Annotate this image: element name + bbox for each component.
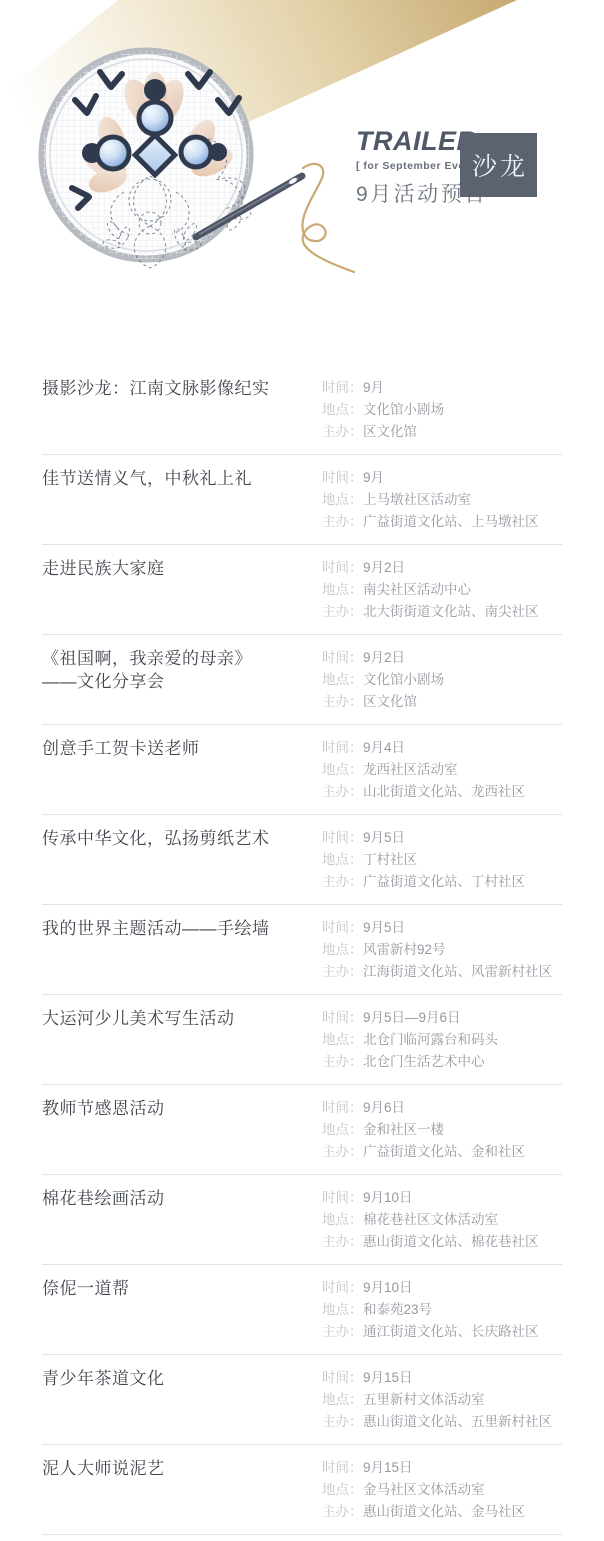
time-value: 9月2日	[363, 650, 405, 665]
time-label: 时间：	[322, 1457, 363, 1479]
event-row: 摄影沙龙：江南文脉影像纪实 时间：9月 地点：文化馆小剧场 主办：区文化馆	[42, 365, 562, 455]
time-line: 时间：9月10日	[322, 1187, 562, 1209]
time-value: 9月4日	[363, 740, 405, 755]
event-row: 教师节感恩活动 时间：9月6日 地点：金和社区一楼 主办：广益街道文化站、金和社…	[42, 1085, 562, 1175]
host-value: 区文化馆	[363, 424, 417, 439]
time-line: 时间：9月15日	[322, 1457, 562, 1479]
host-line: 主办：广益街道文化站、金和社区	[322, 1141, 562, 1163]
place-value: 文化馆小剧场	[363, 672, 444, 687]
event-row: 青少年茶道文化 时间：9月15日 地点：五里新村文体活动室 主办：惠山街道文化站…	[42, 1355, 562, 1445]
place-line: 地点：丁村社区	[322, 849, 562, 871]
event-details: 时间：9月 地点：上马墩社区活动室 主办：广益街道文化站、上马墩社区	[322, 467, 562, 533]
time-label: 时间：	[322, 917, 363, 939]
place-value: 和泰苑23号	[363, 1302, 432, 1317]
time-label: 时间：	[322, 647, 363, 669]
event-details: 时间：9月15日 地点：五里新村文体活动室 主办：惠山街道文化站、五里新村社区	[322, 1367, 562, 1433]
place-line: 地点：龙西社区活动室	[322, 759, 562, 781]
event-title: 佳节送情义气，中秋礼上礼	[42, 467, 314, 490]
event-details: 时间：9月5日—9月6日 地点：北仓门临河露台和码头 主办：北仓门生活艺术中心	[322, 1007, 562, 1073]
event-title: 教师节感恩活动	[42, 1097, 314, 1120]
host-value: 北仓门生活艺术中心	[363, 1054, 485, 1069]
event-details: 时间：9月6日 地点：金和社区一楼 主办：广益街道文化站、金和社区	[322, 1097, 562, 1163]
event-row: 佳节送情义气，中秋礼上礼 时间：9月 地点：上马墩社区活动室 主办：广益街道文化…	[42, 455, 562, 545]
time-value: 9月5日	[363, 830, 405, 845]
place-line: 地点：文化馆小剧场	[322, 399, 562, 421]
time-value: 9月6日	[363, 1100, 405, 1115]
host-label: 主办：	[322, 601, 363, 623]
embroidery-hoop-illustration	[20, 30, 380, 295]
host-label: 主办：	[322, 511, 363, 533]
host-value: 区文化馆	[363, 694, 417, 709]
host-value: 广益街道文化站、上马墩社区	[363, 514, 539, 529]
brand-title: TRAILER	[356, 127, 456, 155]
host-line: 主办：区文化馆	[322, 691, 562, 713]
place-value: 龙西社区活动室	[363, 762, 458, 777]
time-label: 时间：	[322, 827, 363, 849]
host-label: 主办：	[322, 691, 363, 713]
place-line: 地点：五里新村文体活动室	[322, 1389, 562, 1411]
host-value: 北大街街道文化站、南尖社区	[363, 604, 539, 619]
event-row: 倷伲一道帮 时间：9月10日 地点：和泰苑23号 主办：通江街道文化站、长庆路社…	[42, 1265, 562, 1355]
salon-badge: 沙龙	[460, 133, 537, 197]
place-value: 上马墩社区活动室	[363, 492, 471, 507]
place-value: 金马社区文体活动室	[363, 1482, 485, 1497]
time-line: 时间：9月	[322, 467, 562, 489]
time-value: 9月	[363, 470, 384, 485]
host-value: 惠山街道文化站、五里新村社区	[363, 1414, 552, 1429]
place-label: 地点：	[322, 669, 363, 691]
host-value: 广益街道文化站、金和社区	[363, 1144, 525, 1159]
time-line: 时间：9月2日	[322, 647, 562, 669]
time-label: 时间：	[322, 557, 363, 579]
place-value: 风雷新村92号	[363, 942, 446, 957]
place-value: 五里新村文体活动室	[363, 1392, 485, 1407]
host-line: 主办：广益街道文化站、上马墩社区	[322, 511, 562, 533]
place-line: 地点：金和社区一楼	[322, 1119, 562, 1141]
host-line: 主办：山北街道文化站、龙西社区	[322, 781, 562, 803]
host-line: 主办：通江街道文化站、长庆路社区	[322, 1321, 562, 1343]
host-label: 主办：	[322, 871, 363, 893]
event-list: 摄影沙龙：江南文脉影像纪实 时间：9月 地点：文化馆小剧场 主办：区文化馆 佳节…	[42, 365, 562, 1535]
place-line: 地点：和泰苑23号	[322, 1299, 562, 1321]
place-label: 地点：	[322, 849, 363, 871]
time-line: 时间：9月10日	[322, 1277, 562, 1299]
place-label: 地点：	[322, 1479, 363, 1501]
place-line: 地点：金马社区文体活动室	[322, 1479, 562, 1501]
time-line: 时间：9月	[322, 377, 562, 399]
host-value: 广益街道文化站、丁村社区	[363, 874, 525, 889]
host-label: 主办：	[322, 1321, 363, 1343]
time-line: 时间：9月2日	[322, 557, 562, 579]
time-line: 时间：9月5日	[322, 917, 562, 939]
event-title: 传承中华文化，弘扬剪纸艺术	[42, 827, 314, 850]
place-line: 地点：风雷新村92号	[322, 939, 562, 961]
event-title: 青少年茶道文化	[42, 1367, 314, 1390]
place-label: 地点：	[322, 489, 363, 511]
event-details: 时间：9月 地点：文化馆小剧场 主办：区文化馆	[322, 377, 562, 443]
time-label: 时间：	[322, 1007, 363, 1029]
place-value: 北仓门临河露台和码头	[363, 1032, 498, 1047]
host-line: 主办：惠山街道文化站、棉花巷社区	[322, 1231, 562, 1253]
host-label: 主办：	[322, 1141, 363, 1163]
place-label: 地点：	[322, 579, 363, 601]
time-line: 时间：9月4日	[322, 737, 562, 759]
brand-subtitle: [ for September Event ]	[356, 160, 456, 172]
place-line: 地点：北仓门临河露台和码头	[322, 1029, 562, 1051]
time-value: 9月5日	[363, 920, 405, 935]
event-row: 《祖国啊，我亲爱的母亲》 ——文化分享会 时间：9月2日 地点：文化馆小剧场 主…	[42, 635, 562, 725]
host-line: 主办：北大街街道文化站、南尖社区	[322, 601, 562, 623]
host-value: 山北街道文化站、龙西社区	[363, 784, 525, 799]
host-line: 主办：江海街道文化站、风雷新村社区	[322, 961, 562, 983]
host-line: 主办：广益街道文化站、丁村社区	[322, 871, 562, 893]
place-line: 地点：上马墩社区活动室	[322, 489, 562, 511]
event-title: 棉花巷绘画活动	[42, 1187, 314, 1210]
place-label: 地点：	[322, 1029, 363, 1051]
event-details: 时间：9月5日 地点：丁村社区 主办：广益街道文化站、丁村社区	[322, 827, 562, 893]
event-title: 大运河少儿美术写生活动	[42, 1007, 314, 1030]
event-row: 传承中华文化，弘扬剪纸艺术 时间：9月5日 地点：丁村社区 主办：广益街道文化站…	[42, 815, 562, 905]
time-value: 9月10日	[363, 1280, 413, 1295]
event-title: 我的世界主题活动——手绘墙	[42, 917, 314, 940]
place-label: 地点：	[322, 1299, 363, 1321]
time-line: 时间：9月6日	[322, 1097, 562, 1119]
host-label: 主办：	[322, 1231, 363, 1253]
time-line: 时间：9月5日—9月6日	[322, 1007, 562, 1029]
place-line: 地点：南尖社区活动中心	[322, 579, 562, 601]
event-details: 时间：9月10日 地点：棉花巷社区文体活动室 主办：惠山街道文化站、棉花巷社区	[322, 1187, 562, 1253]
host-label: 主办：	[322, 421, 363, 443]
time-value: 9月2日	[363, 560, 405, 575]
place-label: 地点：	[322, 1119, 363, 1141]
event-row: 走进民族大家庭 时间：9月2日 地点：南尖社区活动中心 主办：北大街街道文化站、…	[42, 545, 562, 635]
time-label: 时间：	[322, 1367, 363, 1389]
event-title: 倷伲一道帮	[42, 1277, 314, 1300]
time-value: 9月	[363, 380, 384, 395]
time-value: 9月10日	[363, 1190, 413, 1205]
event-row: 大运河少儿美术写生活动 时间：9月5日—9月6日 地点：北仓门临河露台和码头 主…	[42, 995, 562, 1085]
host-value: 惠山街道文化站、金马社区	[363, 1504, 525, 1519]
place-value: 棉花巷社区文体活动室	[363, 1212, 498, 1227]
host-line: 主办：惠山街道文化站、金马社区	[322, 1501, 562, 1523]
place-line: 地点：文化馆小剧场	[322, 669, 562, 691]
embroidery-hoop-icon	[20, 30, 380, 295]
time-value: 9月15日	[363, 1370, 413, 1385]
host-line: 主办：惠山街道文化站、五里新村社区	[322, 1411, 562, 1433]
event-title: 泥人大师说泥艺	[42, 1457, 314, 1480]
event-details: 时间：9月10日 地点：和泰苑23号 主办：通江街道文化站、长庆路社区	[322, 1277, 562, 1343]
event-details: 时间：9月4日 地点：龙西社区活动室 主办：山北街道文化站、龙西社区	[322, 737, 562, 803]
host-label: 主办：	[322, 1411, 363, 1433]
event-details: 时间：9月5日 地点：风雷新村92号 主办：江海街道文化站、风雷新村社区	[322, 917, 562, 983]
event-title: 摄影沙龙：江南文脉影像纪实	[42, 377, 314, 400]
time-value: 9月15日	[363, 1460, 413, 1475]
place-label: 地点：	[322, 759, 363, 781]
time-label: 时间：	[322, 1187, 363, 1209]
host-label: 主办：	[322, 961, 363, 983]
host-value: 通江街道文化站、长庆路社区	[363, 1324, 539, 1339]
place-label: 地点：	[322, 399, 363, 421]
time-label: 时间：	[322, 737, 363, 759]
host-value: 惠山街道文化站、棉花巷社区	[363, 1234, 539, 1249]
event-row: 我的世界主题活动——手绘墙 时间：9月5日 地点：风雷新村92号 主办：江海街道…	[42, 905, 562, 995]
event-row: 泥人大师说泥艺 时间：9月15日 地点：金马社区文体活动室 主办：惠山街道文化站…	[42, 1445, 562, 1535]
host-label: 主办：	[322, 1051, 363, 1073]
event-details: 时间：9月15日 地点：金马社区文体活动室 主办：惠山街道文化站、金马社区	[322, 1457, 562, 1523]
time-label: 时间：	[322, 467, 363, 489]
event-title: 《祖国啊，我亲爱的母亲》 ——文化分享会	[42, 647, 314, 693]
event-title: 走进民族大家庭	[42, 557, 314, 580]
event-details: 时间：9月2日 地点：南尖社区活动中心 主办：北大街街道文化站、南尖社区	[322, 557, 562, 623]
place-label: 地点：	[322, 1389, 363, 1411]
time-line: 时间：9月15日	[322, 1367, 562, 1389]
time-line: 时间：9月5日	[322, 827, 562, 849]
event-row: 创意手工贺卡送老师 时间：9月4日 地点：龙西社区活动室 主办：山北街道文化站、…	[42, 725, 562, 815]
place-label: 地点：	[322, 1209, 363, 1231]
host-line: 主办：北仓门生活艺术中心	[322, 1051, 562, 1073]
time-label: 时间：	[322, 377, 363, 399]
place-value: 南尖社区活动中心	[363, 582, 471, 597]
host-label: 主办：	[322, 781, 363, 803]
place-label: 地点：	[322, 939, 363, 961]
place-value: 文化馆小剧场	[363, 402, 444, 417]
page-title: 9月活动预告	[356, 178, 456, 208]
time-label: 时间：	[322, 1277, 363, 1299]
host-value: 江海街道文化站、风雷新村社区	[363, 964, 552, 979]
header-brand-block: TRAILER [ for September Event ] 9月活动预告	[356, 127, 456, 208]
event-details: 时间：9月2日 地点：文化馆小剧场 主办：区文化馆	[322, 647, 562, 713]
thread-curve	[302, 164, 354, 272]
event-title: 创意手工贺卡送老师	[42, 737, 314, 760]
time-value: 9月5日—9月6日	[363, 1010, 461, 1025]
place-value: 丁村社区	[363, 852, 417, 867]
place-line: 地点：棉花巷社区文体活动室	[322, 1209, 562, 1231]
host-label: 主办：	[322, 1501, 363, 1523]
place-value: 金和社区一楼	[363, 1122, 444, 1137]
event-row: 棉花巷绘画活动 时间：9月10日 地点：棉花巷社区文体活动室 主办：惠山街道文化…	[42, 1175, 562, 1265]
time-label: 时间：	[322, 1097, 363, 1119]
host-line: 主办：区文化馆	[322, 421, 562, 443]
